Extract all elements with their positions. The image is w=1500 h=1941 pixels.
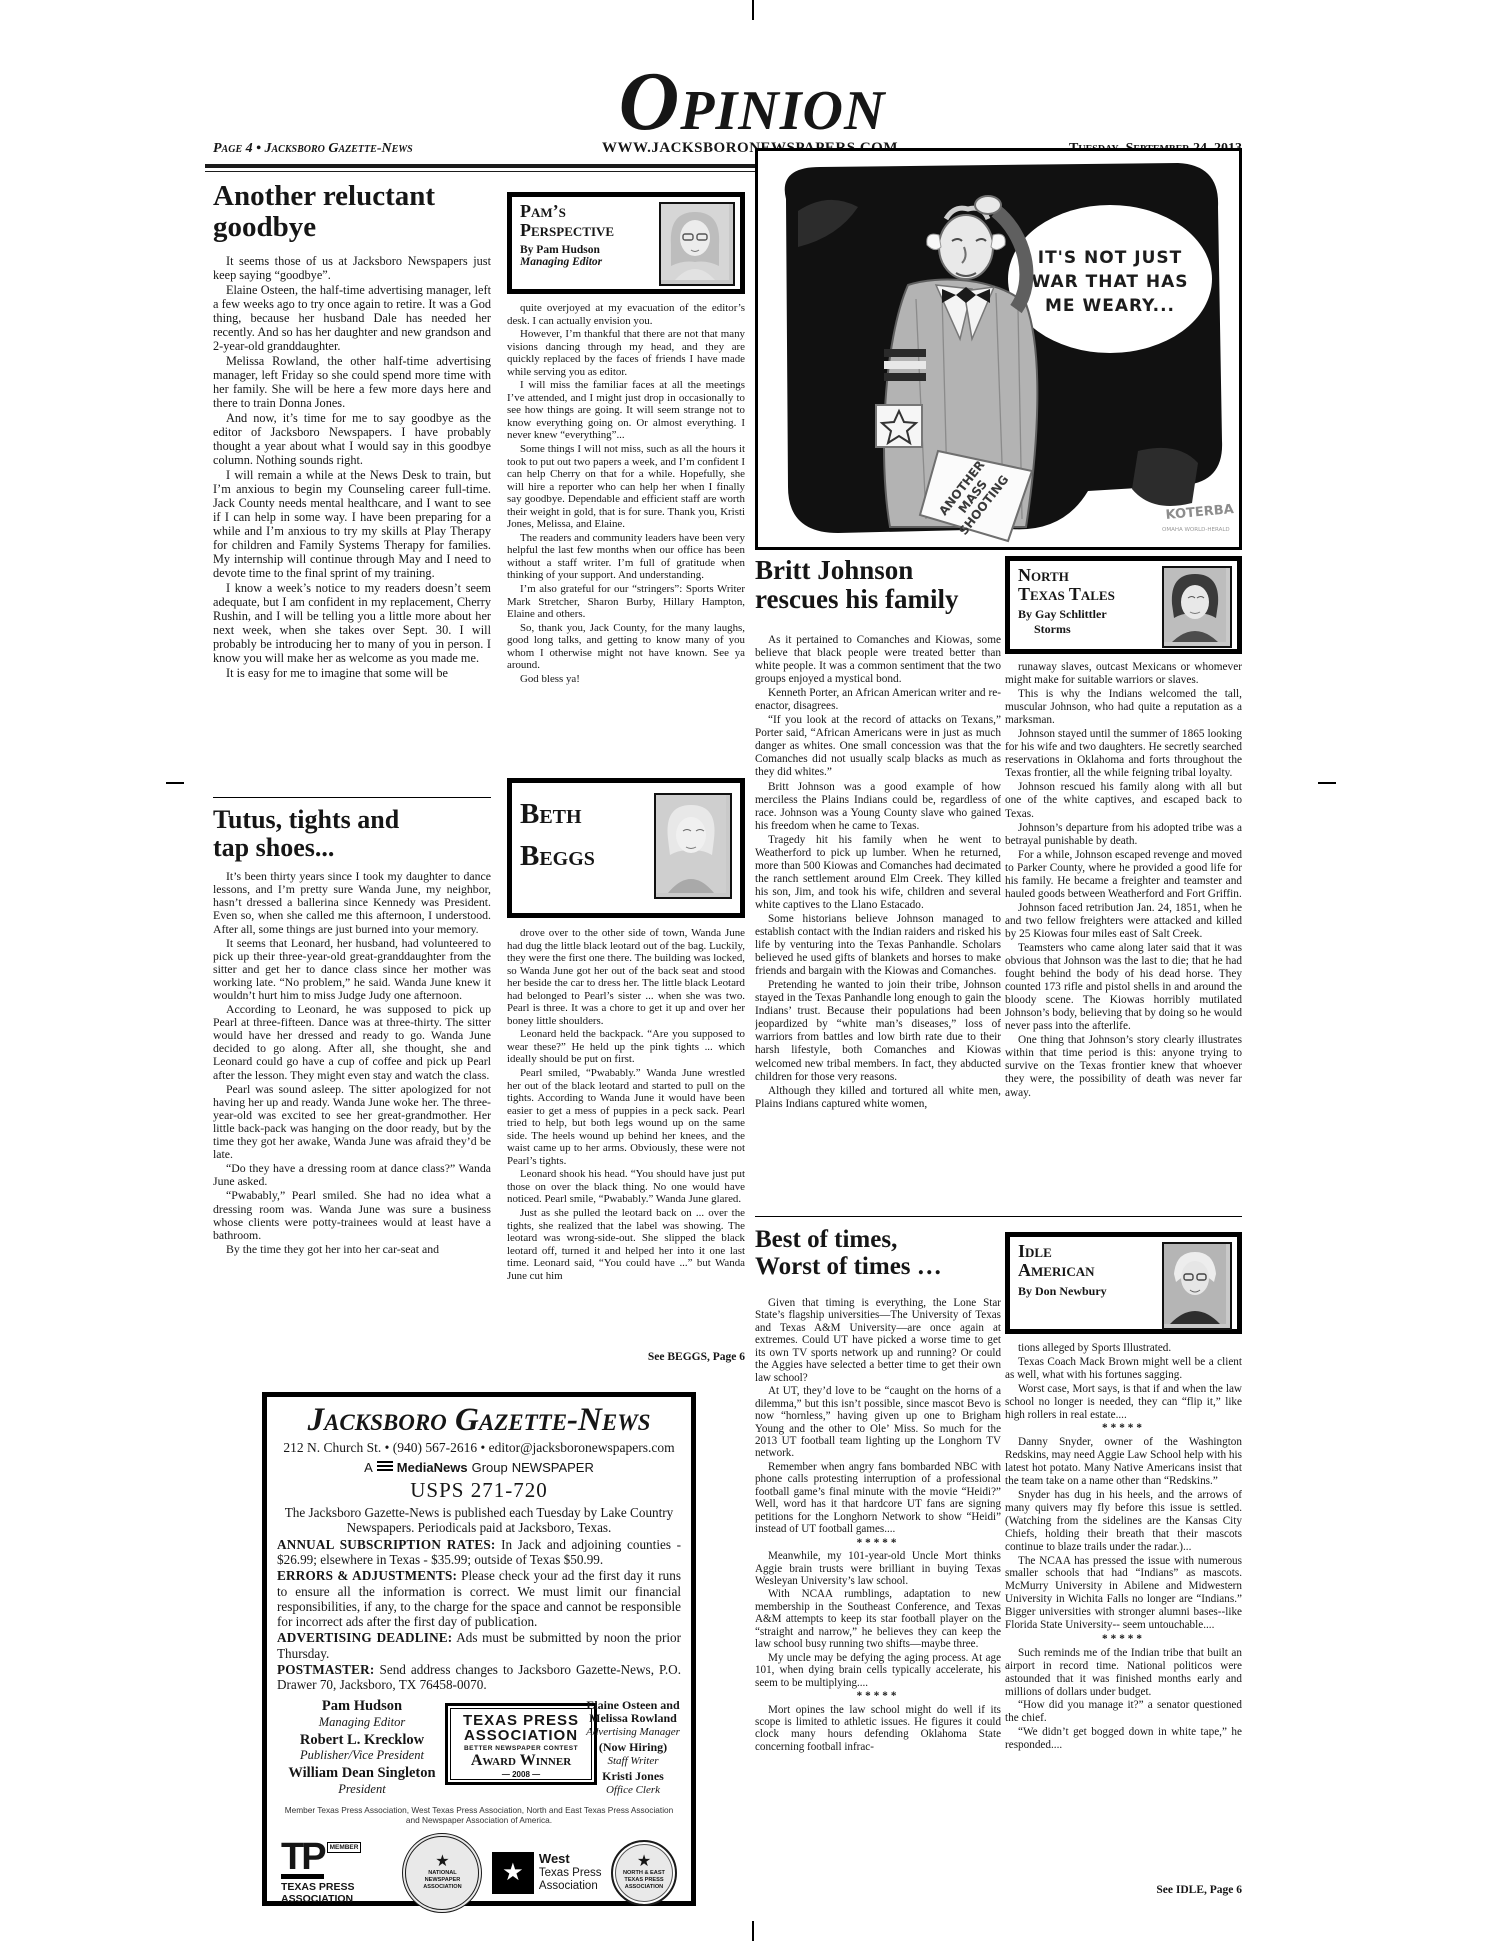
paragraph: Mort opines the law school might do well… [755,1704,1001,1754]
paragraph: At UT, they’d love to be “caught on the … [755,1385,1001,1460]
page-info: Page 4 • Jacksboro Gazette-News [213,141,543,157]
section-title: Opinion [562,52,942,153]
headline-line2: Worst of times … [755,1253,942,1280]
article-headline: Tutus, tights and tap shoes... [213,806,491,862]
tpa-caption2: ASSOCIATION [281,1893,353,1905]
staff-name: Pam Hudson [277,1699,447,1715]
paragraph: Leonard held the backpack. “Are you supp… [507,1028,745,1066]
seal-star-icon: ★ [637,1854,651,1870]
pams-perspective-body: quite overjoyed at my evacuation of the … [507,302,745,774]
article-body: It seems those of us at Jacksboro Newspa… [213,254,491,680]
usps-number: USPS 271-720 [277,1478,681,1503]
britt-johnson-body: As it pertained to Comanches and Kiowas,… [755,634,1001,1212]
section-break-stars: ***** [755,1690,1001,1702]
paragraph: “Pwabably,” Pearl smiled. She had no ide… [213,1189,491,1241]
paragraph: I know a week’s notice to my readers doe… [213,581,491,665]
staff-name: Robert L. Krecklow [277,1733,447,1749]
masthead-address: 212 N. Church St. • (940) 567-2616 • edi… [277,1440,681,1456]
paragraph: However, I’m thankful that there are not… [507,328,745,378]
paragraph: Worst case, Mort says, is that if and wh… [1005,1383,1242,1422]
north-texas-tales-body: runaway slaves, outcast Mexicans or whom… [1005,661,1242,1211]
paragraph: According to Leonard, he was supposed to… [213,1003,491,1082]
paragraph: Such reminds me of the Indian tribe that… [1005,1647,1242,1699]
uncle-sam-weary-cartoon: IT'S NOT JUST WAR THAT HAS ME WEARY... [758,151,1238,546]
paragraph: Pearl was sound asleep. The sitter apolo… [213,1083,491,1162]
paragraph: This is why the Indians welcomed the tal… [1005,688,1242,727]
paragraph: By the time they got her into her car-se… [213,1243,491,1256]
group-name: MediaNews [397,1460,468,1475]
wtpa-line3: Association [539,1880,602,1893]
idle-continuation-note: See IDLE, Page 6 [1005,1884,1242,1896]
don-newbury-photo [1162,1242,1232,1330]
best-of-times-body: Given that timing is everything, the Lon… [755,1297,1001,1905]
crop-mark-left [166,782,184,784]
paragraph: It is easy for me to imagine that some w… [213,666,491,680]
paragraph: Tragedy hit his family when he went to W… [755,834,1001,912]
paragraph: It seems that Leonard, her husband, had … [213,937,491,1002]
staff-role: Advertising Manager [585,1726,681,1739]
gay-schlittler-storms-photo [1162,566,1232,648]
paragraph: “If you look at the record of attacks on… [755,714,1001,779]
paragraph: I will remain a while at the News Desk t… [213,468,491,580]
column-divider-rule [213,797,491,798]
pams-perspective-column-header: Pam’s Perspective By Pam Hudson Managing… [507,192,745,294]
staff-name: Elaine Osteen and Melissa Rowland [585,1699,681,1727]
bubble-text-line1: IT'S NOT JUST [1038,248,1182,268]
paragraph: Meanwhile, my 101-year-old Uncle Mort th… [755,1550,1001,1587]
cartoon-credit: OMAHA WORLD-HERALD [1162,527,1230,533]
group-suffix: NEWSPAPER [512,1460,594,1475]
association-logos: TP MEMBER TEXAS PRESS ASSOCIATION ★ NATI… [277,1833,681,1913]
beth-beggs-portrait [656,795,726,893]
headline-line2: rescues his family [755,584,959,614]
crop-mark-bottom [752,1921,754,1941]
paragraph: tions alleged by Sports Illustrated. [1005,1342,1242,1355]
masthead-info-box: Jacksboro Gazette-News 212 N. Church St.… [262,1392,696,1906]
wtpa-line2: Texas Press [539,1867,602,1880]
beth-beggs-photo [654,793,732,899]
paragraph: Melissa Rowland, the other half-time adv… [213,354,491,410]
pam-hudson-photo [659,202,735,286]
paragraph: It’s been thirty years since I took my d… [213,870,491,935]
paragraph: God bless ya! [507,673,745,686]
beggs-continuation-note: See BEGGS, Page 6 [507,1351,745,1363]
tpa-member-tag: MEMBER [327,1842,362,1853]
national-newspaper-association-seal: ★ NATIONAL NEWSPAPER ASSOCIATION [402,1833,482,1913]
article-britt-johnson: Britt Johnson rescues his family [755,556,1007,614]
section-divider-rule [755,1216,1242,1217]
paragraph: Given that timing is everything, the Lon… [755,1297,1001,1384]
award-line1: TEXAS PRESS [448,1713,594,1729]
don-newbury-portrait [1164,1244,1226,1324]
paragraph: Pretending he wanted to join their tribe… [755,979,1001,1083]
paragraph: Texas Coach Mack Brown might well be a c… [1005,1356,1242,1382]
beth-beggs-column-header: Beth Beggs [507,778,745,918]
paragraph: Danny Snyder, owner of the Washington Re… [1005,1436,1242,1488]
editorial-cartoon: IT'S NOT JUST WAR THAT HAS ME WEARY... [755,148,1242,550]
paragraph: Snyder has dug in his heels, and the arr… [1005,1489,1242,1554]
staff-name: William Dean Singleton [277,1766,447,1782]
staff-role: Office Clerk [585,1784,681,1797]
seal-star-icon: ★ [435,1854,449,1870]
membership-line: Member Texas Press Association, West Tex… [277,1805,681,1825]
wtpa-line1: West [539,1852,602,1867]
tpa-letters: TP [281,1840,324,1879]
north-east-texas-press-association-seal: ★ NORTH & EAST TEXAS PRESS ASSOCIATION [611,1840,677,1906]
paragraph: runaway slaves, outcast Mexicans or whom… [1005,661,1242,687]
award-line5: — 2008 — [448,1770,594,1779]
paragraph: Leonard shook his head. “You should have… [507,1168,745,1206]
paragraph: Elaine Osteen, the half-time advertising… [213,283,491,353]
north-texas-tales-column-header: North Texas Tales By Gay Schlittler Stor… [1005,556,1242,654]
paragraph: Remember when angry fans bombarded NBC w… [755,1461,1001,1536]
paragraph: Johnson faced retribution Jan. 24, 1851,… [1005,902,1242,941]
paragraph: So, thank you, Jack County, for the many… [507,622,745,672]
paragraph: The readers and community leaders have b… [507,532,745,582]
paragraph: As it pertained to Comanches and Kiowas,… [755,634,1001,686]
postmaster-label: POSTMASTER: [277,1662,374,1677]
paragraph: Kenneth Porter, an African American writ… [755,687,1001,713]
striped-armband [884,349,926,381]
crop-mark-top [752,0,754,20]
seal-text: NORTH & EAST TEXAS PRESS ASSOCIATION [613,1870,675,1891]
errors-label: ERRORS & ADJUSTMENTS: [277,1568,457,1583]
staff-listing: Pam Hudson Managing Editor Robert L. Kre… [277,1699,681,1799]
paragraph: “How did you manage it?” a senator quest… [1005,1699,1242,1725]
headline-line1: Britt Johnson [755,555,913,585]
staff-role: Publisher/Vice President [277,1748,447,1763]
article-headline: Another reluctant goodbye [213,181,491,244]
bubble-text-line3: ME WEARY... [1045,296,1175,316]
paragraph: Johnson stayed until the summer of 1865 … [1005,728,1242,780]
section-break-stars: ***** [1005,1422,1242,1435]
crop-mark-right [1318,782,1336,784]
staff-column-left: Pam Hudson Managing Editor Robert L. Kre… [277,1699,447,1801]
paragraph: quite overjoyed at my evacuation of the … [507,302,745,327]
masthead-title: Jacksboro Gazette-News [277,1403,681,1438]
medianews-logo-icon [377,1461,393,1473]
section-break-stars: ***** [1005,1633,1242,1646]
article-body: It’s been thirty years since I took my d… [213,870,491,1256]
medianews-group-line: A MediaNews Group NEWSPAPER [277,1460,681,1475]
staff-role: President [277,1782,447,1797]
award-line4: Award Winner [448,1752,594,1770]
article-best-of-times: Best of times, Worst of times … [755,1226,1007,1280]
bubble-text-line2: WAR THAT HAS [1032,272,1189,292]
headline-line2: tap shoes... [213,833,334,862]
staff-column-right: Elaine Osteen and Melissa Rowland Advert… [585,1699,681,1800]
article-another-reluctant-goodbye: Another reluctant goodbye It seems those… [213,181,491,791]
headline-line1: Best of times, [755,1226,897,1253]
group-name2: Group [472,1460,508,1475]
wtpa-star-icon: ★ [492,1852,534,1894]
section-break-stars: ***** [755,1537,1001,1549]
paragraph: I’m also grateful for our “stringers”: S… [507,583,745,621]
paragraph: Johnson’s departure from his adopted tri… [1005,822,1242,848]
subscription-rates: ANNUAL SUBSCRIPTION RATES: In Jack and a… [277,1537,681,1568]
texas-press-association-logo: TP MEMBER TEXAS PRESS ASSOCIATION [281,1840,393,1905]
paragraph: drove over to the other side of town, Wa… [507,927,745,1027]
pam-hudson-portrait [661,204,729,280]
staff-name: Kristi Jones [585,1770,681,1784]
paragraph: Johnson rescued his family along with al… [1005,781,1242,820]
west-texas-press-association-logo: ★ West Texas Press Association [492,1852,602,1894]
paragraph: “We didn’t get bogged down in white tape… [1005,1726,1242,1752]
beth-beggs-body: drove over to the other side of town, Wa… [507,927,745,1347]
deadline-label: ADVERTISING DEADLINE: [277,1630,452,1645]
paragraph: Although they killed and tortured all wh… [755,1085,1001,1111]
paragraph: Teamsters who came along later said that… [1005,942,1242,1033]
paragraph: Some historians believe Johnson managed … [755,913,1001,978]
paragraph: Britt Johnson was a good example of how … [755,781,1001,833]
idle-american-column-header: Idle American By Don Newbury [1005,1232,1242,1334]
published-line: The Jacksboro Gazette-News is published … [277,1505,681,1536]
staff-role: Staff Writer [585,1755,681,1768]
headline-line1: Tutus, tights and [213,806,399,834]
advertising-deadline: ADVERTISING DEADLINE: Ads must be submit… [277,1630,681,1661]
paragraph: And now, it’s time for me to say goodbye… [213,411,491,467]
paragraph: It seems those of us at Jacksboro Newspa… [213,254,491,282]
article-tutus-tights-tap-shoes: Tutus, tights and tap shoes... It’s been… [213,806,491,1386]
staff-role: Managing Editor [277,1715,447,1730]
paragraph: For a while, Johnson escaped revenge and… [1005,849,1242,901]
paragraph: I will miss the familiar faces at all th… [507,379,745,442]
seal-text: NATIONAL NEWSPAPER ASSOCIATION [406,1870,478,1891]
paragraph: One thing that Johnson’s story clearly i… [1005,1034,1242,1099]
award-line3: BETTER NEWSPAPER CONTEST [448,1745,594,1752]
award-line2: ASSOCIATION [448,1728,594,1744]
postmaster-note: POSTMASTER: Send address changes to Jack… [277,1662,681,1693]
gay-schlittler-storms-portrait [1164,568,1226,642]
rates-label: ANNUAL SUBSCRIPTION RATES: [277,1537,496,1552]
texas-press-award-badge: TEXAS PRESS ASSOCIATION BETTER NEWSPAPER… [445,1703,597,1785]
idle-american-body: tions alleged by Sports Illustrated.Texa… [1005,1342,1242,1880]
group-prefix: A [364,1460,373,1475]
paragraph: With NCAA rumblings, adaptation to new m… [755,1588,1001,1650]
newspaper-opinion-page: { "page": { "section_title": "Opinion", … [0,0,1500,1941]
paragraph: The NCAA has pressed the issue with nume… [1005,1555,1242,1632]
tpa-caption1: TEXAS PRESS [281,1881,355,1893]
paragraph: Pearl smiled, “Pwabably.” Wanda June wre… [507,1067,745,1167]
paragraph: Some things I will not miss, such as all… [507,443,745,531]
staff-name: (Now Hiring) [585,1741,681,1755]
errors-adjustments: ERRORS & ADJUSTMENTS: Please check your … [277,1568,681,1629]
paragraph: My uncle may be defying the aging proces… [755,1652,1001,1689]
paragraph: “Do they have a dressing room at dance c… [213,1162,491,1188]
paragraph: Just as she pulled the leotard back on .… [507,1207,745,1282]
